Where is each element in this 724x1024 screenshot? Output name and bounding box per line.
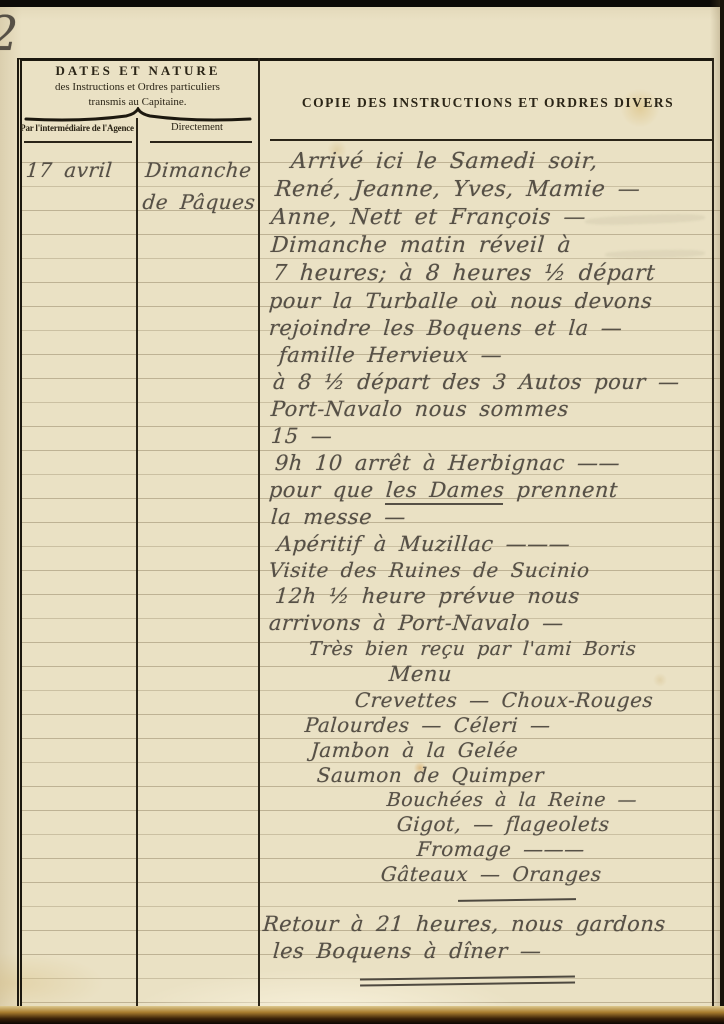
header-underline-direct bbox=[150, 141, 252, 143]
entry-date-direct: Dimanche de Pâques bbox=[141, 154, 259, 218]
handwritten-divider-rule bbox=[458, 898, 576, 902]
column-header-direct: Directement bbox=[138, 122, 256, 133]
handwritten-entry-body: Arrivé ici le Samedi soir,René, Jeanne, … bbox=[268, 148, 720, 995]
underlined-word: les Dames bbox=[385, 478, 505, 505]
right-header-title: COPIE DES INSTRUCTIONS ET ORDRES DIVERS bbox=[262, 95, 714, 111]
handwriting-line: les Boquens à dîner — bbox=[272, 938, 722, 965]
handwriting-line: René, Jeanne, Yves, Mamie — bbox=[274, 176, 722, 204]
header-underline-copy bbox=[270, 139, 712, 141]
handwriting-line: famille Hervieux — bbox=[278, 342, 722, 369]
brace-ornament bbox=[22, 107, 254, 123]
header-underline-agence bbox=[24, 141, 132, 143]
handwriting-line: 9h 10 arrêt à Herbignac —— bbox=[274, 450, 722, 477]
handwriting-line: Saumon de Quimper bbox=[316, 763, 722, 788]
handwriting-line: 7 heures; à 8 heures ½ départ bbox=[272, 260, 722, 288]
handwriting-line: pour que les Dames prennent bbox=[268, 477, 722, 504]
handwriting-line: Gâteaux — Oranges bbox=[380, 862, 722, 887]
handwriting-line: Jambon à la Gelée bbox=[310, 738, 722, 763]
left-header-subtitle-2: transmis au Capitaine. bbox=[17, 96, 258, 108]
left-header-subtitle-1: des Instructions et Ordres particuliers bbox=[17, 81, 258, 93]
column-divider-main bbox=[258, 58, 260, 1010]
handwriting-line: Gigot, — flageolets bbox=[396, 812, 722, 837]
entry-direct-line2: de Pâques bbox=[141, 186, 257, 218]
scan-edge-bottom bbox=[0, 1006, 724, 1024]
handwriting-line: 12h ½ heure prévue nous bbox=[274, 583, 722, 610]
handwriting-line: Anne, Nett et François — bbox=[270, 204, 722, 232]
page-number: 2 bbox=[0, 6, 19, 62]
column-header-agence: Par l'intermédiaire de l'Agence bbox=[18, 123, 136, 133]
logbook-scanned-page: 2 DATES ET NATURE des Instructions et Or… bbox=[0, 0, 724, 1024]
handwriting-line: la messe — bbox=[270, 504, 722, 531]
entry-direct-line1: Dimanche bbox=[144, 154, 260, 186]
handwriting-line: Apéritif à Muzillac ——— bbox=[276, 531, 722, 558]
handwriting-line: Visite des Ruines de Sucinio bbox=[268, 558, 722, 583]
handwriting-line: Port-Navalo nous sommes bbox=[270, 396, 722, 423]
scan-edge-right-shade bbox=[710, 0, 720, 1024]
handwriting-line: Bouchées à la Reine — bbox=[386, 788, 722, 812]
handwriting-line: Fromage ——— bbox=[416, 837, 722, 862]
scan-edge-top bbox=[0, 0, 724, 7]
handwritten-divider-rule bbox=[360, 975, 575, 986]
handwriting-line: rejoindre les Boquens et la — bbox=[268, 315, 722, 342]
handwriting-line: Dimanche matin réveil à bbox=[270, 232, 722, 260]
handwriting-line: 15 — bbox=[270, 423, 722, 450]
handwriting-line: arrivons à Port-Navalo — bbox=[268, 610, 722, 637]
handwriting-line: Menu bbox=[388, 661, 722, 688]
left-header-title: DATES ET NATURE bbox=[22, 63, 254, 79]
entry-date-agence: 17 avril bbox=[25, 158, 113, 182]
handwriting-line: pour la Turballe où nous devons bbox=[268, 288, 722, 315]
handwriting-line: Crevettes — Choux-Rouges bbox=[354, 688, 722, 713]
scan-edge-right bbox=[720, 0, 724, 1024]
column-divider-agence-direct bbox=[136, 118, 138, 1010]
handwriting-line: Retour à 21 heures, nous gardons bbox=[262, 911, 722, 938]
handwriting-line: Très bien reçu par l'ami Boris bbox=[308, 637, 722, 661]
handwriting-line: Arrivé ici le Samedi soir, bbox=[290, 148, 722, 176]
handwriting-line: à 8 ½ départ des 3 Autos pour — bbox=[272, 369, 722, 396]
handwriting-line: Palourdes — Céleri — bbox=[304, 713, 722, 738]
